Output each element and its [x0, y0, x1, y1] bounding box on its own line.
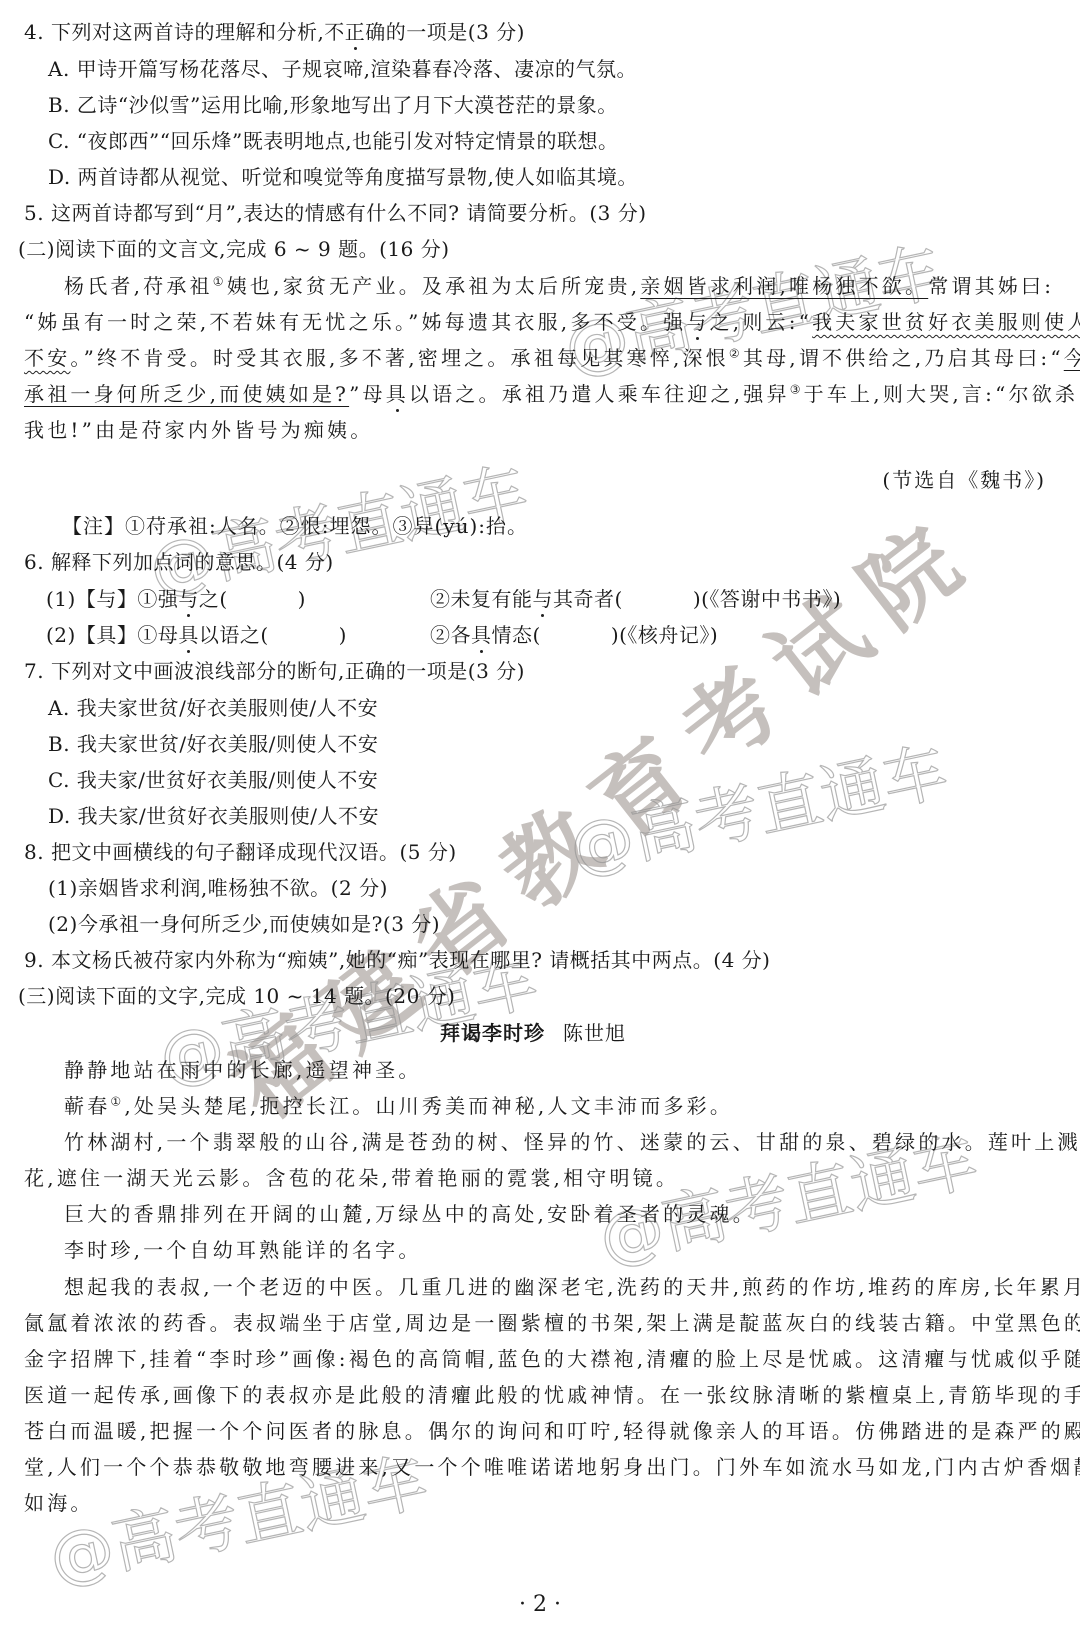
option-b: B. 乙诗“沙似雪”运用比喻,形象地写出了月下大漠苍茫的景象。 [48, 91, 618, 119]
article-title: 拜谒李时珍陈世旭 [440, 1019, 626, 1047]
passage-source: (节选自《魏书》) [882, 466, 1046, 494]
section-3-heading: (三)阅读下面的文字,完成 10 ~ 14 题。(20 分) [18, 982, 455, 1010]
item-label: (1)【与】 [46, 587, 137, 611]
wavy-underlined-text: 不安 [24, 346, 70, 370]
dotted-word: 与 [686, 310, 709, 334]
dotted-word: 具 [386, 382, 409, 406]
page-number: · 2 · [0, 1592, 1080, 1617]
item-text: 情态( [492, 623, 541, 647]
annotation-notes: 【注】①苻承祖:人名。②恨:埋怨。③舁(yú):抬。 [62, 512, 528, 540]
passage-text: 于车上,则大哭,言:“尔欲杀 [804, 382, 1078, 406]
paragraph-5: 李时珍,一个自幼耳熟能详的名字。 [64, 1236, 1080, 1264]
item-text: ①强 [137, 587, 178, 611]
paragraph-3-line-1: 竹林湖村,一个翡翠般的山谷,满是苍劲的树、怪异的竹、迷蒙的云、甘甜的泉、碧绿的水… [64, 1128, 1080, 1156]
passage-text: ”母 [349, 382, 386, 406]
section-2-heading: (二)阅读下面的文言文,完成 6 ~ 9 题。(16 分) [18, 235, 450, 263]
passage-text: “姊虽有一时之荣,不若妹有无忧之乐。”姊每遗其衣服,多不受。强 [24, 310, 686, 334]
option-b: B. 我夫家世贫/好衣美服/则使人不安 [48, 730, 378, 758]
question-8: 8. 把文中画横线的句子翻译成现代汉语。(5 分) [24, 838, 457, 866]
item-text: 之( [199, 587, 228, 611]
dotted-text: 不正确 [324, 20, 386, 44]
item-label: (2)【具】 [46, 623, 137, 647]
passage-line-5: 我也!”由是苻家内外皆号为痴姨。 [24, 416, 1060, 444]
dotted-word: 与 [533, 587, 554, 611]
option-a: A. 甲诗开篇写杨花落尽、子规哀啼,渲染暮春冷落、凄凉的气氛。 [48, 55, 637, 83]
paragraph-6-line-6: 堂,人们一个个恭恭敬敬地弯腰进来,又一个个唯唯诺诺地躬身出门。门外车如流水马如龙… [24, 1453, 1060, 1481]
paragraph-text: ,处吴头楚尾,扼控长江。山川秀美而神秘,人文丰沛而多彩。 [124, 1094, 733, 1118]
paragraph-6-line-4: 医道一起传承,画像下的表叔亦是此般的清癯此般的忧戚神情。在一张纹脉清晰的紫檀桌上… [24, 1381, 1060, 1409]
author-name: 陈世旭 [563, 1021, 626, 1045]
q6-item-1: (1)【与】①强与之() [46, 585, 306, 613]
paragraph-4: 巨大的香鼎排列在开阔的山麓,万绿丛中的高处,安卧着圣者的灵魂。 [64, 1200, 1080, 1228]
question-7: 7. 下列对文中画波浪线部分的断句,正确的一项是(3 分) [24, 657, 525, 685]
footnote-marker: ③ [790, 382, 804, 396]
question-6: 6. 解释下列加点词的意思。(4 分) [24, 548, 334, 576]
passage-text: 杨氏者,苻承祖 [64, 274, 213, 298]
item-text: )(《答谢中书书》) [693, 587, 841, 611]
passage-line-3: 不安。”终不肯受。时受其衣服,多不著,密埋之。承祖每见其寒悴,深恨②其母,谓不供… [24, 344, 1060, 372]
emphasis-text: 不正确 [324, 20, 386, 44]
question-4: 4. 下列对这两首诗的理解和分析,不正确的一项是(3 分) [24, 18, 525, 46]
paragraph-6-line-2: 氤氲着浓浓的药香。表叔端坐于店堂,周边是一圈紫檀的书架,架上满是靛蓝灰白的线装古… [24, 1309, 1060, 1337]
paragraph-6-line-1: 想起我的表叔,一个老迈的中医。几重几进的幽深老宅,洗药的天井,煎药的作坊,堆药的… [64, 1273, 1080, 1301]
underlined-sentence: 今 [1064, 346, 1080, 370]
underlined-sentence: 亲姻皆求利润,唯杨独不欲。 [640, 274, 928, 298]
paragraph-2: 蕲春①,处吴头楚尾,扼控长江。山川秀美而神秘,人文丰沛而多彩。 [64, 1092, 1080, 1120]
item-text: ①母 [137, 623, 178, 647]
footnote-marker: ① [110, 1094, 124, 1108]
option-c: C. 我夫家/世贫好衣美服/则使人不安 [48, 766, 378, 794]
title-text: 拜谒李时珍 [440, 1021, 545, 1045]
question-5: 5. 这两首诗都写到“月”,表达的情感有什么不同? 请简要分析。(3 分) [24, 199, 647, 227]
passage-text: 其母,谓不供给之,乃启其母曰:“ [743, 346, 1064, 370]
question-points: 的一项是(3 分) [386, 20, 525, 44]
passage-text: 常谓其姊曰: [928, 274, 1054, 298]
item-text: 其奇者( [553, 587, 623, 611]
q6-item-2-b: ②各具情态()(《核舟记》) [430, 621, 718, 649]
dotted-word: 具 [178, 623, 199, 647]
q8-item-2: (2)今承祖一身何所乏少,而使姨如是?(3 分) [48, 910, 440, 938]
option-d: D. 我夫家/世贫好衣美服则使/人不安 [48, 802, 379, 830]
paragraph-3-line-2: 花,遮住一湖天光云影。含苞的花朵,带着艳丽的霓裳,相守明镜。 [24, 1164, 1060, 1192]
passage-line-2: “姊虽有一时之荣,不若妹有无忧之乐。”姊每遗其衣服,多不受。强与之,则云:“我夫… [24, 308, 1060, 336]
paragraph-1: 静静地站在雨中的长廊,遥望神圣。 [64, 1056, 1080, 1084]
item-text: ②各 [430, 623, 471, 647]
item-text: ) [339, 623, 347, 647]
item-text: ) [298, 587, 306, 611]
passage-line-4: 承祖一身何所乏少,而使姨如是?”母具以语之。承祖乃遣人乘车往迎之,强舁③于车上,… [24, 380, 1060, 408]
item-text: ②未复有能 [430, 587, 533, 611]
dotted-word: 具 [471, 623, 492, 647]
watermark-outline: @高考直通车 [560, 720, 955, 890]
underlined-sentence: 承祖一身何所乏少,而使姨如是? [24, 382, 349, 406]
item-text: )(《核舟记》) [611, 623, 718, 647]
q8-item-1: (1)亲姻皆求利润,唯杨独不欲。(2 分) [48, 874, 388, 902]
passage-text: 姨也,家贫无产业。及承祖为太后所宠贵, [227, 274, 641, 298]
wavy-underlined-text: 我夫家世贫好衣美服则使人 [812, 310, 1080, 334]
footnote-marker: ② [729, 346, 743, 360]
passage-text: 之,则云:“ [710, 310, 813, 334]
paragraph-6-line-5: 苍白而温暖,把握一个个问医者的脉息。偶尔的询问和叮咛,轻得就像亲人的耳语。仿佛踏… [24, 1417, 1060, 1445]
question-9: 9. 本文杨氏被苻家内外称为“痴姨”,她的“痴”表现在哪里? 请概括其中两点。(… [24, 946, 770, 974]
passage-text: 以语之。承祖乃遣人乘车往迎之,强舁 [409, 382, 790, 406]
dotted-word: 与 [178, 587, 199, 611]
q6-item-2: (2)【具】①母具以语之() [46, 621, 347, 649]
item-text: 以语之( [199, 623, 269, 647]
question-stem: 4. 下列对这两首诗的理解和分析, [24, 20, 324, 44]
paragraph-text: 蕲春 [64, 1094, 110, 1118]
q6-item-1-b: ②未复有能与其奇者()(《答谢中书书》) [430, 585, 841, 613]
option-c: C. “夜郎西”“回乐烽”既表明地点,也能引发对特定情景的联想。 [48, 127, 619, 155]
passage-line-1: 杨氏者,苻承祖①姨也,家贫无产业。及承祖为太后所宠贵,亲姻皆求利润,唯杨独不欲。… [24, 272, 1060, 300]
option-a: A. 我夫家世贫/好衣美服则使/人不安 [48, 694, 378, 722]
option-d: D. 两首诗都从视觉、听觉和嗅觉等角度描写景物,使人如临其境。 [48, 163, 638, 191]
paragraph-6-line-3: 金字招牌下,挂着“李时珍”画像:褐色的高筒帽,蓝色的大襟袍,清癯的脸上尽是忧戚。… [24, 1345, 1060, 1373]
paragraph-6-line-7: 如海。 [24, 1489, 1060, 1517]
footnote-marker: ① [213, 274, 227, 288]
exam-page: 福建省教育考试院 @高考直通车 @高考直通车 @高考直通车 @高考直通车 @高考… [0, 0, 1080, 1647]
passage-text: 。”终不肯受。时受其衣服,多不著,密埋之。承祖每见其寒悴,深恨 [70, 346, 729, 370]
